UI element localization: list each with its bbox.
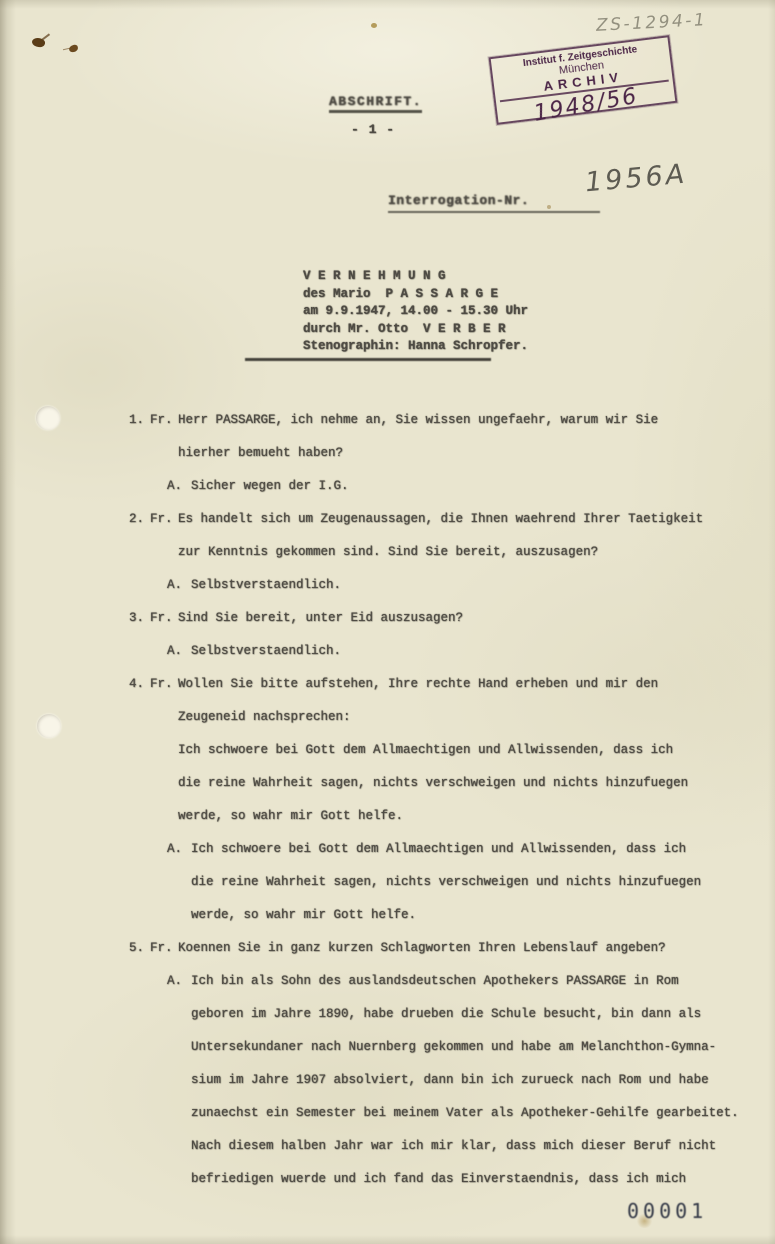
transcript-line: Zeugeneid nachsprechen: (0, 701, 775, 734)
answer-prefix: A. (167, 635, 182, 668)
archive-stamp: Institut f. Zeitgeschichte München ARCHI… (489, 35, 678, 125)
question-prefix: Fr. (150, 503, 173, 536)
transcript-line: Sind Sie bereit, unter Eid auszusagen? (0, 602, 775, 635)
interrogation-number-label: Interrogation-Nr. (388, 193, 600, 213)
answer-entry: A.Selbstverstaendlich. (0, 635, 775, 668)
question-entry: 2.Fr.Es handelt sich um Zeugenaussagen, … (0, 503, 775, 569)
transcript-line: Ich bin als Sohn des auslandsdeutschen A… (0, 965, 775, 998)
interrogation-number-handwriting: 1956A (584, 159, 689, 199)
transcript-line: Koennen Sie in ganz kurzen Schlagworten … (0, 932, 775, 965)
page-number: - 1 - (351, 122, 395, 137)
transcript-line: geboren im Jahre 1890, habe drueben die … (0, 998, 775, 1031)
question-prefix: Fr. (150, 668, 173, 701)
transcript-line: sium im Jahre 1907 absolviert, dann bin … (0, 1064, 775, 1097)
transcript-line: die reine Wahrheit sagen, nichts verschw… (0, 866, 775, 899)
transcript-line: befriedigen wuerde und ich fand das Einv… (0, 1163, 775, 1196)
transcript-line: Nach diesem halben Jahr war ich mir klar… (0, 1130, 775, 1163)
ink-blot (68, 44, 78, 53)
answer-prefix: A. (167, 833, 182, 866)
header-line: V E R N E H M U N G (303, 268, 528, 286)
answer-entry: A.Sicher wegen der I.G. (0, 470, 775, 503)
transcript-body: 1.Fr.Herr PASSARGE, ich nehme an, Sie wi… (0, 404, 775, 1196)
answer-entry: A.Ich schwoere bei Gott dem Allmaechtige… (0, 833, 775, 932)
transcript-line: Untersekundaner nach Nuernberg gekommen … (0, 1031, 775, 1064)
transcript-line: hierher bemueht haben? (0, 437, 775, 470)
ink-blot (31, 36, 46, 49)
transcript-line: Selbstverstaendlich. (0, 635, 775, 668)
scanned-document-page: ZS-1294-1 ABSCHRIFT. - 1 - Institut f. Z… (0, 0, 775, 1244)
transcript-line: Ich schwoere bei Gott dem Allmaechtigen … (0, 734, 775, 767)
header-underline-rule (245, 358, 491, 361)
answer-prefix: A. (167, 965, 182, 998)
transcript-line: zur Kenntnis gekommen sind. Sind Sie ber… (0, 536, 775, 569)
transcript-line: werde, so wahr mir Gott helfe. (0, 800, 775, 833)
transcript-line: Wollen Sie bitte aufstehen, Ihre rechte … (0, 668, 775, 701)
question-number: 4. (129, 668, 144, 701)
answer-prefix: A. (167, 470, 182, 503)
transcript-line: Es handelt sich um Zeugenaussagen, die I… (0, 503, 775, 536)
header-line: durch Mr. Otto V E R B E R (303, 321, 528, 339)
header-line: am 9.9.1947, 14.00 - 15.30 Uhr (303, 303, 528, 321)
transcript-line: Selbstverstaendlich. (0, 569, 775, 602)
transcript-line: die reine Wahrheit sagen, nichts verschw… (0, 767, 775, 800)
question-entry: 4.Fr.Wollen Sie bitte aufstehen, Ihre re… (0, 668, 775, 833)
transcript-line: Sicher wegen der I.G. (0, 470, 775, 503)
copy-label: ABSCHRIFT. (329, 94, 422, 113)
folio-stamp-number: 00001 (627, 1199, 707, 1223)
answer-entry: A.Selbstverstaendlich. (0, 569, 775, 602)
archive-reference-handwriting: ZS-1294-1 (596, 10, 708, 36)
header-line: Stenographin: Hanna Schropfer. (303, 338, 528, 356)
question-prefix: Fr. (150, 404, 173, 437)
question-prefix: Fr. (150, 932, 173, 965)
transcript-line: zunaechst ein Semester bei meinem Vater … (0, 1097, 775, 1130)
question-entry: 1.Fr.Herr PASSARGE, ich nehme an, Sie wi… (0, 404, 775, 470)
answer-prefix: A. (167, 569, 182, 602)
interrogation-header-block: V E R N E H M U N Gdes Mario P A S S A R… (303, 268, 528, 356)
question-number: 5. (129, 932, 144, 965)
question-entry: 5.Fr.Koennen Sie in ganz kurzen Schlagwo… (0, 932, 775, 965)
question-entry: 3.Fr.Sind Sie bereit, unter Eid auszusag… (0, 602, 775, 635)
transcript-line: werde, so wahr mir Gott helfe. (0, 899, 775, 932)
question-number: 1. (129, 404, 144, 437)
question-number: 2. (129, 503, 144, 536)
question-number: 3. (129, 602, 144, 635)
question-prefix: Fr. (150, 602, 173, 635)
transcript-line: Ich schwoere bei Gott dem Allmaechtigen … (0, 833, 775, 866)
transcript-line: Herr PASSARGE, ich nehme an, Sie wissen … (0, 404, 775, 437)
answer-entry: A.Ich bin als Sohn des auslandsdeutschen… (0, 965, 775, 1196)
paper-speck (371, 23, 377, 28)
header-line: des Mario P A S S A R G E (303, 286, 528, 304)
